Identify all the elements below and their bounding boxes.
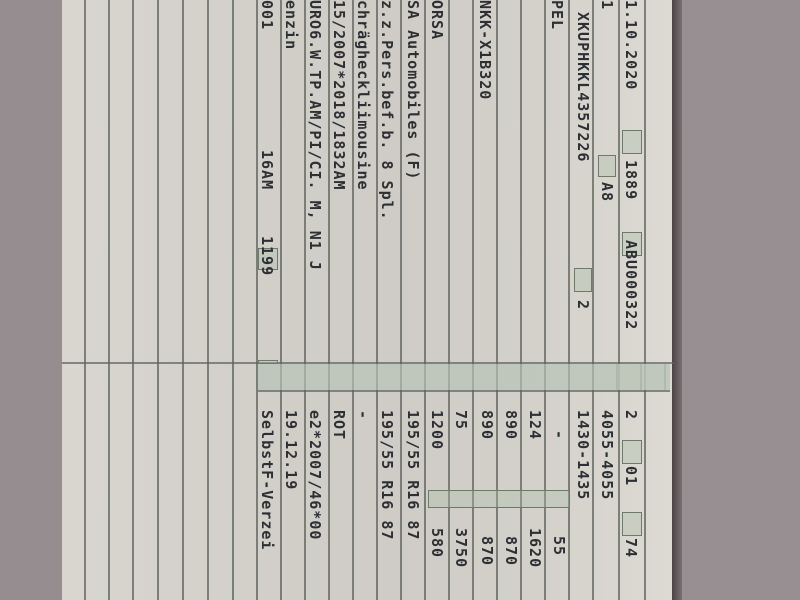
trailer: 580 (428, 528, 446, 558)
vehicle-class: z.z.Pers.bef.b. 8 Spl. (378, 0, 396, 221)
dash: - (354, 410, 372, 420)
column-rule (618, 0, 620, 600)
code-box (622, 130, 642, 154)
total-mass: 3750 (452, 528, 470, 568)
seat-code: 01 (622, 466, 640, 486)
color: ROT (330, 410, 348, 440)
background-left (0, 0, 62, 600)
height: 1430-1435 (574, 410, 592, 500)
column-rule (644, 0, 646, 600)
power-code: 74 (622, 538, 640, 558)
code-box (598, 155, 616, 177)
column-rule (472, 0, 474, 600)
column-rule (400, 0, 402, 600)
note: SelbstF-Verzei (258, 410, 276, 550)
section-rule (258, 390, 670, 392)
column-rule (424, 0, 426, 600)
code-box (622, 512, 642, 536)
code-box (428, 490, 570, 508)
vin: XKUPHKKL4357226 (574, 12, 592, 162)
inspection-date: 19.12.19 (282, 410, 300, 490)
column-rule (544, 0, 546, 600)
length-width: 4055-4055 (598, 410, 616, 500)
tank: 55 (550, 536, 568, 556)
code-box (574, 268, 592, 292)
column-rule (182, 0, 184, 600)
axle-load-1b: 870 (502, 536, 520, 566)
empty-mass: 1200 (428, 410, 446, 450)
standing: - (550, 430, 568, 440)
code-2-1: 1889 (622, 160, 640, 200)
power-kw: 75 (452, 410, 470, 430)
mass-1: 1620 (526, 528, 544, 568)
approval-number: e2*2007/46*00 (306, 410, 324, 540)
max-speed: 124 (526, 410, 544, 440)
column-rule (207, 0, 209, 600)
displacement-code: 1199 (258, 236, 276, 276)
code-body: 16AM (258, 150, 276, 190)
code-box (622, 440, 642, 464)
manufacturer: SA Automobiles (F) (404, 0, 422, 181)
field-a: 1 (598, 0, 616, 10)
axle-load-1: 890 (502, 410, 520, 440)
column-rule (157, 0, 159, 600)
axle-load-2b: 870 (478, 536, 496, 566)
emission-class: URO6.W.TP.AM/PI/CI. M, N1 J (306, 0, 324, 271)
code-box (258, 360, 278, 364)
column-rule (280, 0, 282, 600)
axle-load-2: 890 (478, 410, 496, 440)
column-rule (448, 0, 450, 600)
tyre-2: 195/55 R16 87 (378, 410, 396, 540)
background-right (680, 0, 800, 600)
tyre-1: 195/55 R16 87 (404, 410, 422, 540)
code-2-2: ABU000322 (622, 240, 640, 330)
model: ORSA (428, 0, 446, 40)
check-digit: 2 (574, 300, 592, 310)
column-rule (520, 0, 522, 600)
code-emission: 001 (258, 0, 276, 30)
column-rule (132, 0, 134, 600)
field-number-strip (258, 364, 670, 390)
type-code: NKK-X1B320 (476, 0, 494, 100)
column-rule (232, 0, 234, 600)
column-rule (108, 0, 110, 600)
column-rule (568, 0, 570, 600)
registration-date: 1.10.2020 (622, 0, 640, 90)
approval: 15/2007*2018/1832AM (330, 0, 348, 191)
fuel: enzin (282, 0, 300, 50)
make: PEL (548, 0, 566, 30)
column-rule (84, 0, 86, 600)
code-a8: A8 (598, 182, 616, 202)
column-rule (496, 0, 498, 600)
seats: 2 (622, 410, 640, 420)
document-edge-shadow (672, 0, 682, 600)
body-type: chrägheckliimousine (354, 0, 372, 191)
column-rule (592, 0, 594, 600)
